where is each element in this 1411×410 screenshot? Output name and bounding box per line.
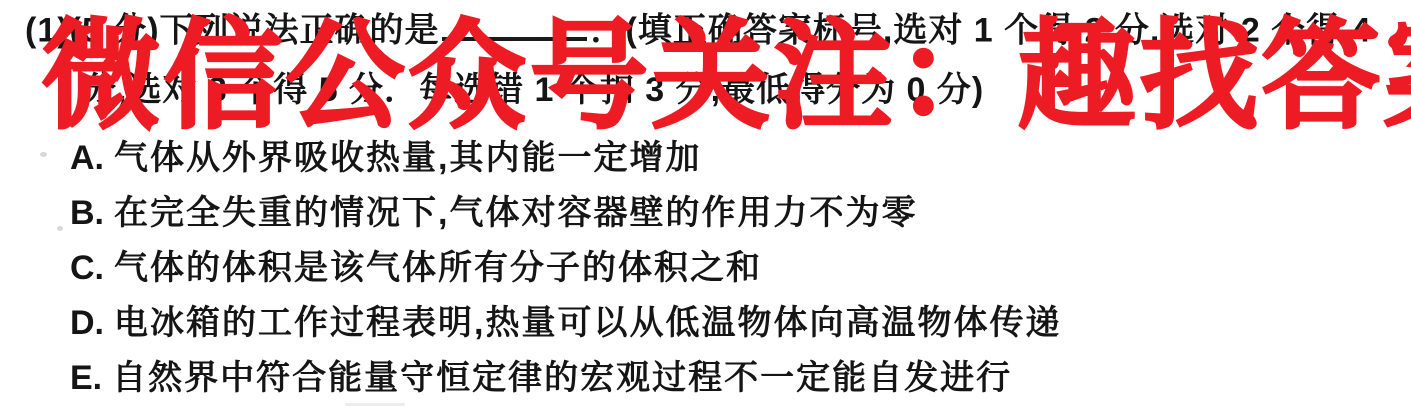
option-c-label: C.	[70, 249, 104, 287]
option-c-text: 气体的体积是该气体所有分子的体积之和	[114, 249, 762, 287]
option-b: B.在完全失重的情况下,气体对容器壁的作用力不为零	[70, 193, 917, 234]
option-e-text: 自然界中符合能量守恒定律的宏观过程不一定能自发进行	[112, 359, 1012, 397]
question-scoring-rule-part1: ．(填正确答案标号,选对 1 个得 2 分,选对 2 个得 4	[591, 11, 1372, 49]
option-b-text: 在完全失重的情况下,气体对容器壁的作用力不为零	[114, 194, 917, 232]
option-d-label: D.	[70, 304, 104, 342]
exam-paper: (1)(5 分)下列说法正确的是．(填正确答案标号,选对 1 个得 2 分,选对…	[0, 0, 1411, 410]
scan-speck	[40, 152, 47, 157]
option-a: A.气体从外界吸收热量,其内能一定增加	[70, 138, 701, 179]
scan-speck	[57, 226, 63, 231]
scan-smudge	[345, 403, 405, 406]
option-c: C.气体的体积是该气体所有分子的体积之和	[70, 248, 762, 289]
option-a-text: 气体从外界吸收热量,其内能一定增加	[114, 139, 701, 177]
option-d-text: 电冰箱的工作过程表明,热量可以从低温物体向高温物体传递	[114, 304, 1061, 342]
answer-blank	[442, 10, 587, 41]
option-e: E.自然界中符合能量守恒定律的宏观过程不一定能自发进行	[70, 358, 1012, 399]
option-d: D.电冰箱的工作过程表明,热量可以从低温物体向高温物体传递	[70, 303, 1061, 344]
question-intro-line-1: (1)(5 分)下列说法正确的是．(填正确答案标号,选对 1 个得 2 分,选对…	[25, 10, 1372, 51]
question-number-and-stem: (1)(5 分)下列说法正确的是	[25, 11, 440, 49]
option-b-label: B.	[70, 194, 104, 232]
option-e-label: E.	[70, 359, 102, 397]
option-a-label: A.	[70, 139, 104, 177]
question-scoring-rule-part2: 分,选对 3 个得 5 分．每选错 1 个扣 3 分,最低得分为 0 分)	[82, 70, 984, 111]
